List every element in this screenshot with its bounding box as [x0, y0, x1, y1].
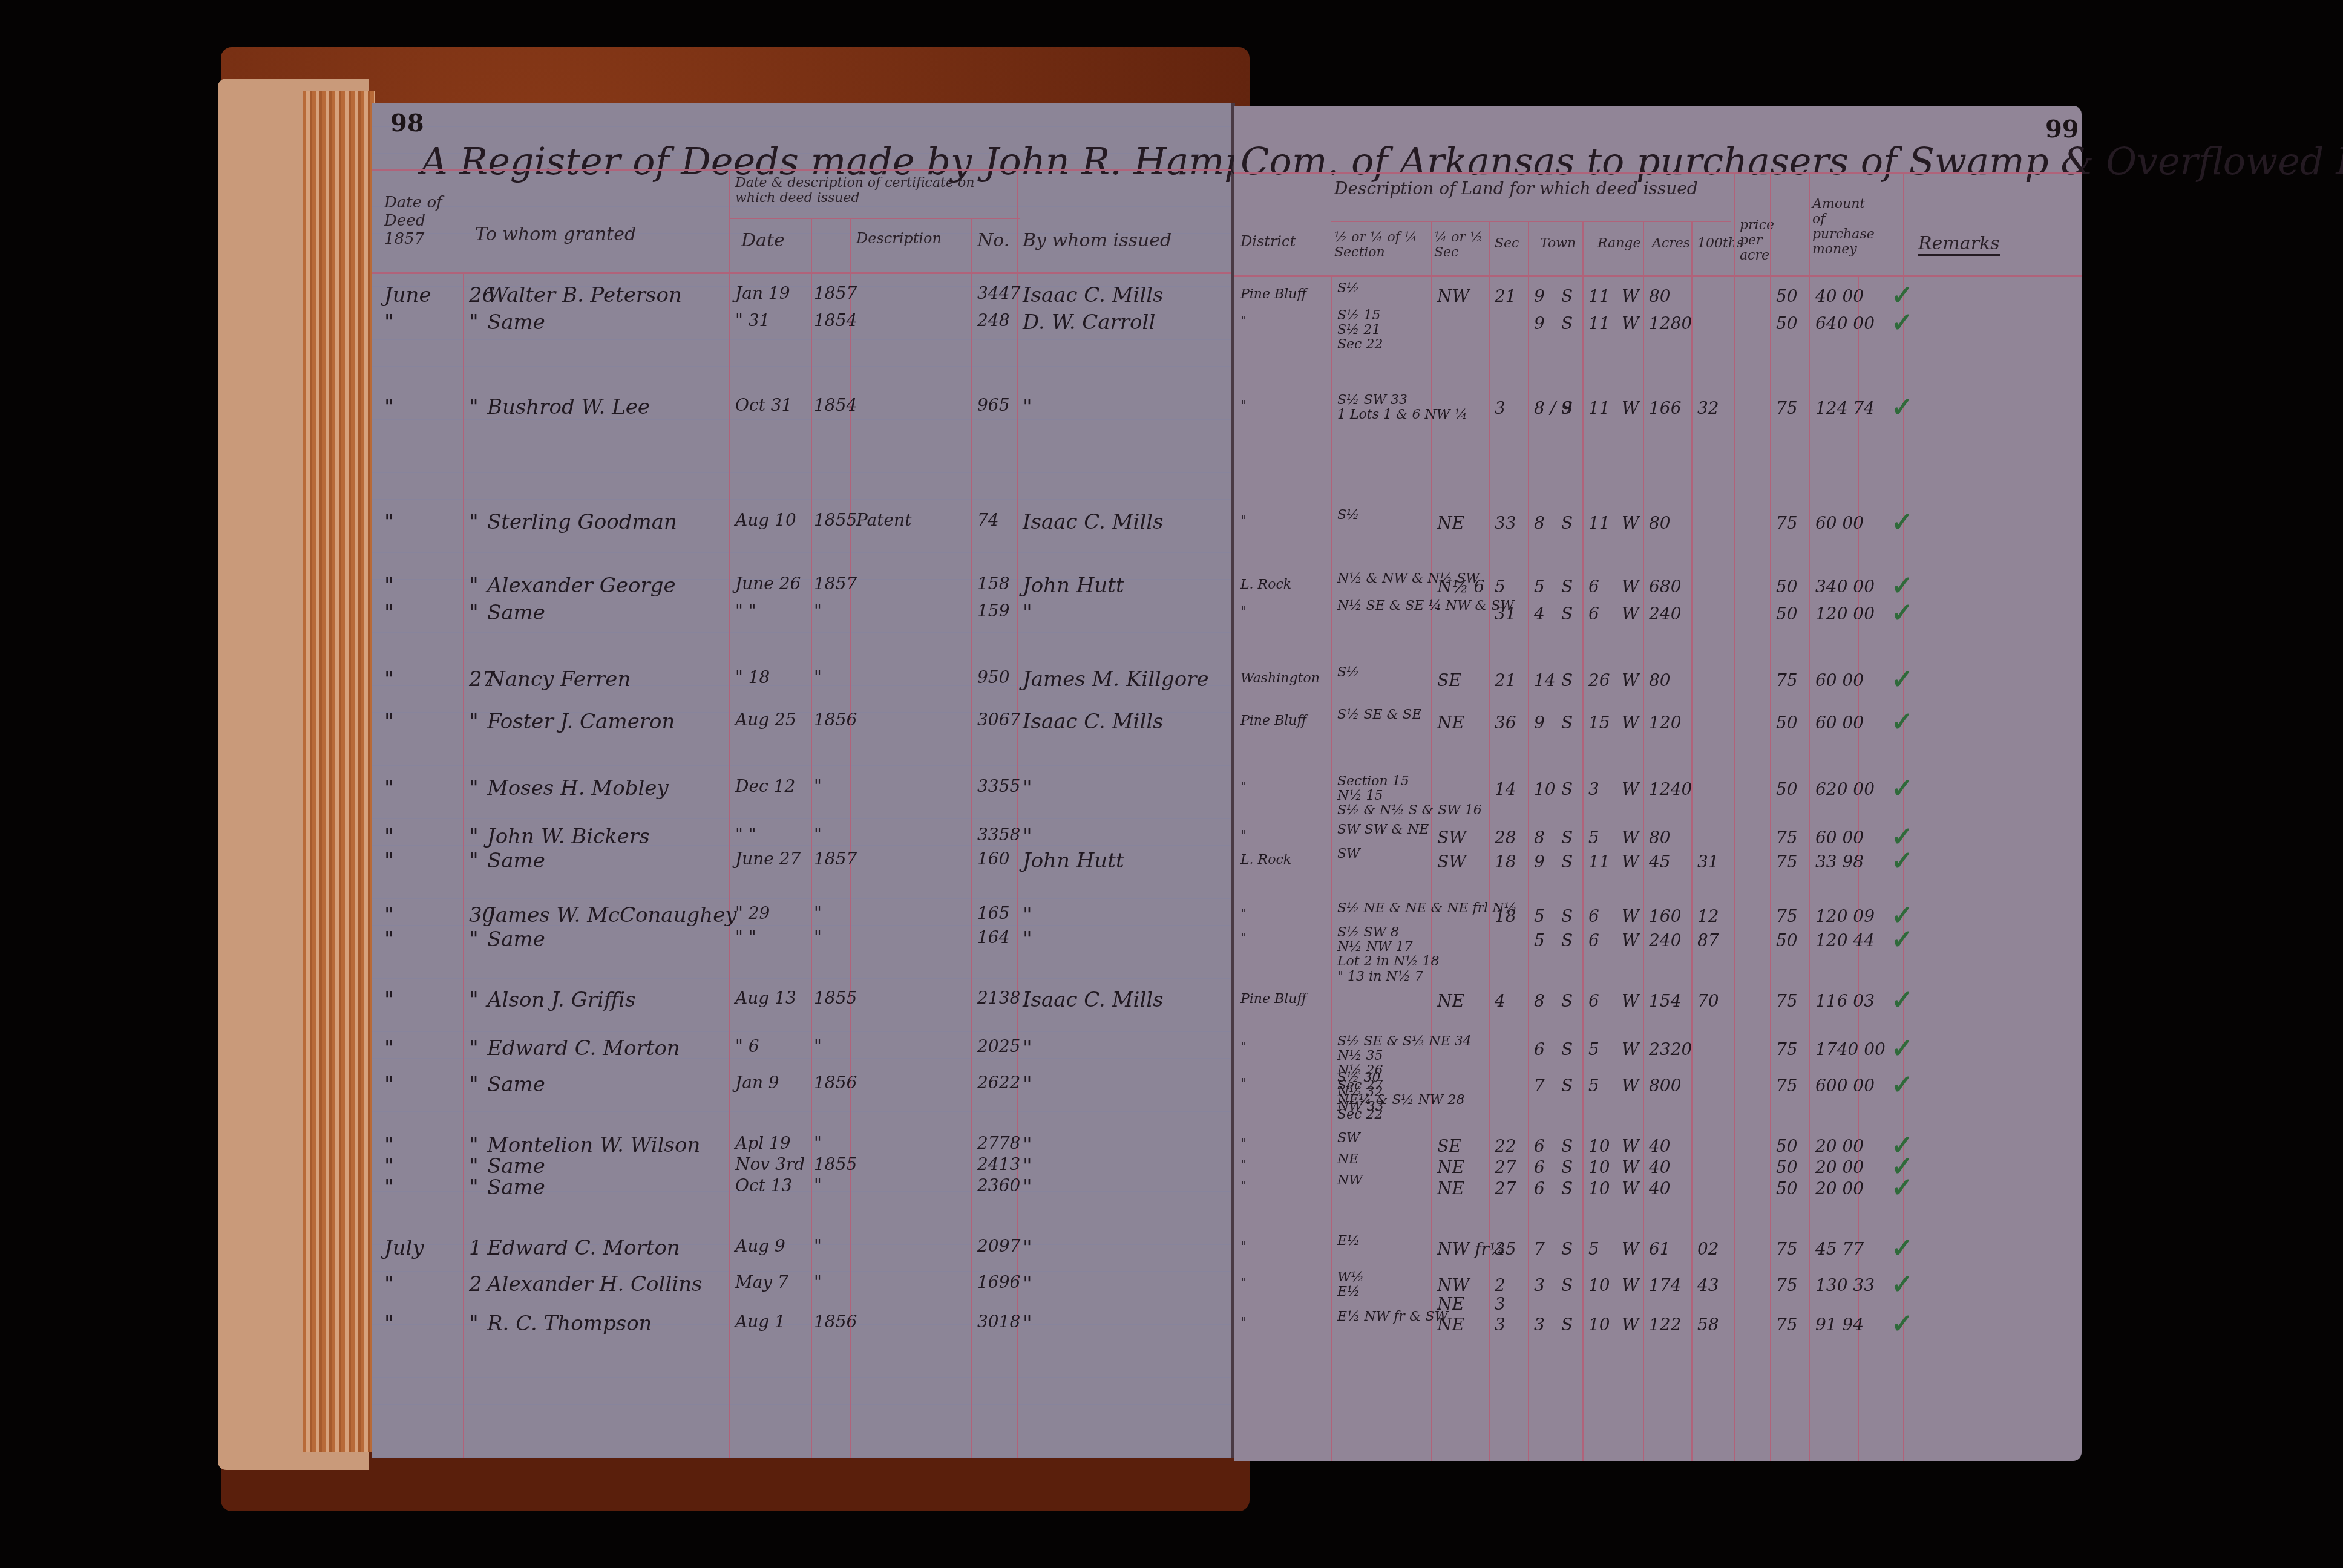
purchase-amount: 60 00	[1815, 671, 1864, 690]
acres: 61	[1649, 1240, 1671, 1259]
rule	[372, 169, 1231, 171]
land-quarter: NE	[1437, 1316, 1464, 1334]
district: L. Rock	[1240, 853, 1291, 867]
purchase-amount: 20 00	[1815, 1180, 1864, 1198]
acres: 680	[1649, 578, 1681, 596]
deed-month: "	[384, 1037, 394, 1060]
page-edges	[303, 91, 375, 1452]
certificate-date: " "	[735, 929, 756, 947]
deed-day: "	[469, 850, 479, 872]
grantee-name: John W. Bickers	[487, 826, 650, 848]
header-sec: Sec	[1495, 236, 1519, 251]
acres: 1280	[1649, 315, 1692, 333]
certificate-number: 2138	[977, 989, 1020, 1008]
rule	[1643, 221, 1644, 1461]
deed-month: June	[384, 284, 431, 307]
land-part: S½	[1337, 281, 1359, 296]
header-amount: Amount of purchase money	[1812, 197, 1879, 257]
issued-by: "	[1023, 1273, 1032, 1296]
deed-day: "	[469, 777, 479, 800]
section: 35	[1495, 1240, 1516, 1259]
land-part: S½ SW 33 1 Lots 1 & 6 NW ¼	[1337, 393, 1467, 422]
rule	[1331, 275, 1332, 1461]
grantee-name: Nancy Ferren	[487, 668, 631, 691]
district: "	[1240, 1158, 1247, 1173]
acres: 160	[1649, 907, 1681, 926]
rule	[1331, 221, 1731, 222]
price-per-acre: 50	[1776, 932, 1798, 950]
rule	[1489, 221, 1490, 1461]
section: 31	[1495, 605, 1516, 624]
certificate-year: "	[814, 929, 822, 947]
rule	[1234, 275, 2082, 277]
range-direction: W	[1622, 853, 1639, 872]
township: 6	[1534, 1158, 1545, 1177]
issued-by: "	[1023, 1074, 1032, 1096]
section: 18	[1495, 853, 1516, 872]
check-mark-icon: ✓	[1891, 1033, 1913, 1064]
check-mark-icon: ✓	[1891, 985, 1913, 1016]
deed-month: "	[384, 575, 394, 597]
certificate-year: "	[814, 777, 822, 796]
deed-month: "	[384, 1273, 394, 1296]
left-page: 98 A Register of Deeds made by John R. H…	[372, 103, 1235, 1458]
acres-hundredths: 32	[1697, 399, 1719, 418]
header-range: Range	[1597, 236, 1640, 251]
price-per-acre: 50	[1776, 287, 1798, 306]
deed-day: "	[469, 396, 479, 419]
deed-month: "	[384, 826, 394, 848]
purchase-amount: 340 00	[1815, 578, 1875, 596]
rule	[1770, 172, 1771, 1461]
grantee-name: Same	[487, 1074, 545, 1096]
deed-month: "	[384, 1074, 394, 1096]
township-direction: S	[1561, 907, 1573, 926]
township: 14	[1534, 671, 1556, 690]
land-part: S½ 15 S½ 21 Sec 22	[1337, 309, 1383, 353]
rule	[1691, 221, 1693, 1461]
certificate-year: 1854	[814, 396, 857, 415]
certificate-number: 950	[977, 668, 1009, 687]
range: 5	[1588, 829, 1599, 848]
township: 8	[1534, 829, 1545, 848]
district: "	[1240, 1137, 1247, 1152]
certificate-date: Jan 9	[735, 1074, 779, 1093]
grantee-name: Foster J. Cameron	[487, 711, 675, 733]
township: 8	[1534, 992, 1545, 1011]
district: "	[1240, 315, 1247, 329]
range-direction: W	[1622, 829, 1639, 848]
rule	[811, 218, 812, 1458]
township: 5	[1534, 578, 1545, 596]
acres: 80	[1649, 671, 1671, 690]
land-part: E½	[1337, 1234, 1360, 1249]
issued-by: Isaac C. Mills	[1023, 511, 1164, 534]
header-certificate-group: Date & description of certificate on whi…	[735, 175, 1014, 206]
certificate-number: 3018	[977, 1313, 1020, 1331]
township-direction: S	[1561, 1077, 1573, 1096]
township-direction: S	[1561, 1276, 1573, 1295]
issued-by: John Hutt	[1023, 850, 1124, 872]
township-direction: S	[1561, 932, 1573, 950]
issued-by: "	[1023, 1134, 1032, 1157]
check-mark-icon: ✓	[1891, 1070, 1913, 1100]
acres-hundredths: 87	[1697, 932, 1719, 950]
deed-day: "	[469, 989, 479, 1011]
range: 6	[1588, 907, 1599, 926]
certificate-number: 2025	[977, 1037, 1020, 1056]
acres-hundredths: 31	[1697, 853, 1719, 872]
check-mark-icon: ✓	[1891, 773, 1913, 804]
township-direction: S	[1561, 1040, 1573, 1059]
certificate-number: 159	[977, 602, 1009, 621]
range-direction: W	[1622, 1077, 1639, 1096]
range: 6	[1588, 605, 1599, 624]
deed-month: "	[384, 711, 394, 733]
section: 28	[1495, 829, 1516, 848]
range-direction: W	[1622, 671, 1639, 690]
grantee-name: Edward C. Morton	[487, 1237, 680, 1259]
grantee-name: Sterling Goodman	[487, 511, 677, 534]
issued-by: "	[1023, 1155, 1032, 1178]
section: 4	[1495, 992, 1506, 1011]
price-per-acre: 75	[1776, 853, 1798, 872]
deed-day: "	[469, 1313, 479, 1335]
grantee-name: Walter B. Peterson	[487, 284, 682, 307]
grantee-name: Alexander H. Collins	[487, 1273, 703, 1296]
range-direction: W	[1622, 1158, 1639, 1177]
range-direction: W	[1622, 1137, 1639, 1156]
certificate-year: "	[814, 1037, 822, 1056]
rule	[1234, 172, 2082, 174]
certificate-year: 1855	[814, 511, 857, 530]
header-cert-no: No.	[977, 230, 1009, 251]
certificate-date: " 18	[735, 668, 770, 687]
certificate-year: 1855	[814, 1155, 857, 1174]
check-mark-icon: ✓	[1891, 280, 1913, 311]
section: 27	[1495, 1180, 1516, 1198]
range: 5	[1588, 1040, 1599, 1059]
grantee-name: Same	[487, 929, 545, 951]
acres: 800	[1649, 1077, 1681, 1096]
acres-hundredths: 58	[1697, 1316, 1719, 1334]
range-direction: W	[1622, 514, 1639, 533]
issued-by: "	[1023, 826, 1032, 848]
section: 18	[1495, 907, 1516, 926]
certificate-number: 164	[977, 929, 1009, 947]
range: 6	[1588, 578, 1599, 596]
certificate-year: 1855	[814, 989, 857, 1008]
deed-day: "	[469, 1074, 479, 1096]
deed-month: "	[384, 904, 394, 927]
certificate-year: 1854	[814, 312, 857, 330]
range-direction: W	[1622, 992, 1639, 1011]
certificate-date: Aug 13	[735, 989, 796, 1008]
township: 3	[1534, 1316, 1545, 1334]
purchase-amount: 40 00	[1815, 287, 1864, 306]
district: "	[1240, 514, 1247, 529]
certificate-year: "	[814, 826, 822, 844]
grantee-name: Alson J. Griffis	[487, 989, 635, 1011]
rule	[372, 272, 1231, 274]
check-mark-icon: ✓	[1891, 307, 1913, 338]
range-direction: W	[1622, 932, 1639, 950]
certificate-year: 1857	[814, 284, 857, 303]
acres: 40	[1649, 1137, 1671, 1156]
purchase-amount: 60 00	[1815, 829, 1864, 848]
range: 10	[1588, 1316, 1610, 1334]
purchase-amount: 600 00	[1815, 1077, 1875, 1096]
price-per-acre: 50	[1776, 1137, 1798, 1156]
township: 9	[1534, 287, 1545, 306]
township: 9	[1534, 714, 1545, 733]
acres-hundredths: 43	[1697, 1276, 1719, 1295]
deed-day: "	[469, 1037, 479, 1060]
section: 14	[1495, 780, 1516, 799]
header-issued-by: By whom issued	[1023, 230, 1171, 251]
header-district: District	[1240, 233, 1296, 250]
check-mark-icon: ✓	[1891, 1269, 1913, 1300]
certificate-date: Aug 1	[735, 1313, 785, 1331]
certificate-date: Oct 13	[735, 1177, 792, 1195]
township: 6	[1534, 1137, 1545, 1156]
issued-by: Isaac C. Mills	[1023, 284, 1164, 307]
check-mark-icon: ✓	[1891, 924, 1913, 955]
check-mark-icon: ✓	[1891, 1233, 1913, 1264]
issued-by: D. W. Carroll	[1023, 312, 1155, 334]
header-town: Town	[1540, 236, 1576, 251]
grantee-name: Montelion W. Wilson	[487, 1134, 700, 1157]
range-direction: W	[1622, 1180, 1639, 1198]
rule	[1809, 172, 1810, 1461]
land-quarter: N½ 6	[1437, 578, 1484, 596]
header-cert-date: Date	[741, 230, 785, 251]
rule	[1582, 221, 1584, 1461]
price-per-acre: 50	[1776, 605, 1798, 624]
township: 7	[1534, 1240, 1545, 1259]
township-direction: S	[1561, 399, 1573, 418]
district: "	[1240, 1240, 1247, 1255]
land-quarter: NE	[1437, 1158, 1464, 1177]
check-mark-icon: ✓	[1891, 707, 1913, 737]
land-part: SW SW & NE	[1337, 823, 1429, 837]
section: 36	[1495, 714, 1516, 733]
certificate-date: June 26	[735, 575, 801, 593]
deed-month: "	[384, 850, 394, 872]
deed-month: "	[384, 602, 394, 624]
check-mark-icon: ✓	[1891, 846, 1913, 877]
land-part: S½ SE & SE	[1337, 708, 1421, 722]
district: "	[1240, 1316, 1247, 1330]
land-quarter: SE	[1437, 1137, 1461, 1156]
township-direction: S	[1561, 714, 1573, 733]
range-direction: W	[1622, 1240, 1639, 1259]
certificate-description: Patent	[856, 511, 911, 530]
range-direction: W	[1622, 605, 1639, 624]
issued-by: "	[1023, 1313, 1032, 1335]
price-per-acre: 50	[1776, 578, 1798, 596]
deed-day: "	[469, 711, 479, 733]
price-per-acre: 75	[1776, 1316, 1798, 1334]
district: "	[1240, 1180, 1247, 1194]
check-mark-icon: ✓	[1891, 507, 1913, 538]
acres: 166	[1649, 399, 1681, 418]
land-quarter: SE	[1437, 671, 1461, 690]
grantee-name: Same	[487, 850, 545, 872]
deed-day: 2	[469, 1273, 482, 1296]
district: L. Rock	[1240, 578, 1291, 592]
deed-month: "	[384, 1313, 394, 1335]
township-direction: S	[1561, 853, 1573, 872]
township: 9	[1534, 315, 1545, 333]
range-direction: W	[1622, 287, 1639, 306]
issued-by: "	[1023, 904, 1032, 927]
range: 10	[1588, 1158, 1610, 1177]
grantee-name: Same	[487, 1177, 545, 1199]
rule	[729, 218, 1020, 219]
price-per-acre: 75	[1776, 992, 1798, 1011]
issued-by: Isaac C. Mills	[1023, 989, 1164, 1011]
purchase-amount: 116 03	[1815, 992, 1875, 1011]
price-per-acre: 50	[1776, 1180, 1798, 1198]
acres: 40	[1649, 1180, 1671, 1198]
certificate-date: Aug 9	[735, 1237, 785, 1256]
township-direction: S	[1561, 829, 1573, 848]
certificate-number: 3067	[977, 711, 1020, 730]
acres-hundredths: 70	[1697, 992, 1719, 1011]
acres: 240	[1649, 605, 1681, 624]
land-quarter: NE	[1437, 714, 1464, 733]
check-mark-icon: ✓	[1891, 598, 1913, 629]
range: 11	[1588, 315, 1610, 333]
district: "	[1240, 1276, 1247, 1291]
certificate-date: " 29	[735, 904, 770, 923]
township-direction: S	[1561, 1240, 1573, 1259]
certificate-date: June 27	[735, 850, 801, 869]
certificate-number: 2778	[977, 1134, 1020, 1153]
deed-month: "	[384, 312, 394, 334]
price-per-acre: 75	[1776, 1040, 1798, 1059]
acres: 2320	[1649, 1040, 1692, 1059]
acres: 80	[1649, 829, 1671, 848]
price-per-acre: 75	[1776, 671, 1798, 690]
township: 8	[1534, 514, 1545, 533]
township-direction: S	[1561, 780, 1573, 799]
township-direction: S	[1561, 578, 1573, 596]
certificate-number: 165	[977, 904, 1009, 923]
acres: 174	[1649, 1276, 1681, 1295]
section: 33	[1495, 514, 1516, 533]
check-mark-icon: ✓	[1891, 1172, 1913, 1203]
land-part: S½ NE & NE & NE frl N½	[1337, 901, 1517, 916]
township-direction: S	[1561, 605, 1573, 624]
purchase-amount: 20 00	[1815, 1137, 1864, 1156]
range-direction: W	[1622, 1276, 1639, 1295]
rule	[463, 272, 464, 1458]
issued-by: John Hutt	[1023, 575, 1124, 597]
issued-by: "	[1023, 1037, 1032, 1060]
check-mark-icon: ✓	[1891, 392, 1913, 423]
price-per-acre: 50	[1776, 315, 1798, 333]
range: 15	[1588, 714, 1610, 733]
price-per-acre: 75	[1776, 514, 1798, 533]
purchase-amount: 640 00	[1815, 315, 1875, 333]
acres: 240	[1649, 932, 1681, 950]
deed-day: "	[469, 826, 479, 848]
acres: 1240	[1649, 780, 1692, 799]
certificate-date: Aug 10	[735, 511, 796, 530]
district: "	[1240, 780, 1247, 795]
land-quarter: NE	[1437, 1180, 1464, 1198]
certificate-year: "	[814, 668, 822, 687]
district: "	[1240, 605, 1247, 619]
range-direction: W	[1622, 780, 1639, 799]
township-direction: S	[1561, 671, 1573, 690]
deed-month: "	[384, 929, 394, 951]
rule	[1903, 172, 1904, 1461]
land-part: NE	[1337, 1152, 1358, 1167]
district: "	[1240, 907, 1247, 922]
certificate-date: Aug 25	[735, 711, 796, 730]
grantee-name: Edward C. Morton	[487, 1037, 680, 1060]
certificate-year: 1857	[814, 575, 857, 593]
grantee-name: R. C. Thompson	[487, 1313, 652, 1335]
price-per-acre: 50	[1776, 780, 1798, 799]
acres: 45	[1649, 853, 1671, 872]
deed-day: "	[469, 602, 479, 624]
deed-day: "	[469, 511, 479, 534]
purchase-amount: 45 77	[1815, 1240, 1864, 1259]
certificate-number: 1696	[977, 1273, 1020, 1292]
district: "	[1240, 399, 1247, 414]
issued-by: "	[1023, 1237, 1032, 1259]
range: 10	[1588, 1276, 1610, 1295]
check-mark-icon: ✓	[1891, 1308, 1913, 1339]
deed-month: "	[384, 396, 394, 419]
certificate-number: 2622	[977, 1074, 1020, 1093]
purchase-amount: 60 00	[1815, 514, 1864, 533]
rule	[971, 218, 972, 1458]
purchase-amount: 130 33	[1815, 1276, 1875, 1295]
range-direction: W	[1622, 1040, 1639, 1059]
certificate-date: Dec 12	[735, 777, 795, 796]
district: "	[1240, 1077, 1247, 1091]
township: 4	[1534, 605, 1545, 624]
acres: 120	[1649, 714, 1681, 733]
township-direction: S	[1561, 514, 1573, 533]
rule	[1734, 172, 1735, 1461]
certificate-number: 965	[977, 396, 1009, 415]
right-page: 99 Com. of Arkansas to purchasers of Swa…	[1234, 106, 2082, 1461]
certificate-year: "	[814, 904, 822, 923]
grantee-name: Alexander George	[487, 575, 676, 597]
land-quarter: SW	[1437, 853, 1466, 872]
certificate-year: "	[814, 1134, 822, 1153]
section: 21	[1495, 287, 1516, 306]
township: 9	[1534, 853, 1545, 872]
land-part: W½ E½	[1337, 1270, 1364, 1299]
register-title-right: Com. of Arkansas to purchasers of Swamp …	[1240, 139, 2343, 183]
township: 5	[1534, 907, 1545, 926]
land-part: S½ 30 N½ 32 NW 33	[1337, 1071, 1384, 1115]
certificate-date: " 6	[735, 1037, 759, 1056]
purchase-amount: 20 00	[1815, 1158, 1864, 1177]
header-cert-description: Description	[856, 230, 942, 247]
price-per-acre: 75	[1776, 1240, 1798, 1259]
land-quarter: NW	[1437, 287, 1469, 306]
certificate-date: " "	[735, 602, 756, 621]
township-direction: S	[1561, 1137, 1573, 1156]
